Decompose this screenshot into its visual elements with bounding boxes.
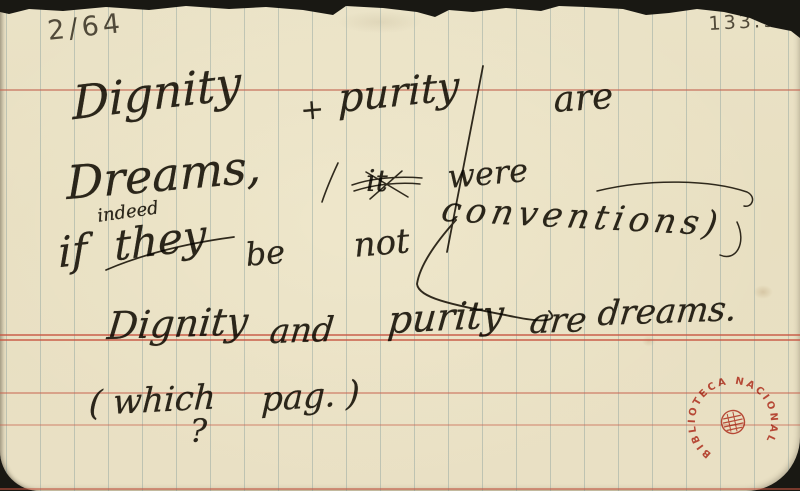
fair-copy-word: purity bbox=[386, 292, 506, 342]
stamp-emblem-hatch bbox=[727, 427, 743, 430]
fair-copy-word: are bbox=[528, 300, 589, 342]
stamp-emblem-hatch bbox=[727, 414, 731, 432]
draft-word: be bbox=[244, 233, 287, 274]
draft-word: not bbox=[352, 221, 411, 266]
stamp-emblem-hatch bbox=[723, 415, 741, 419]
library-stamp: BIBLIOTECA NACIONAL bbox=[678, 372, 788, 482]
draft-word-struck-out: it bbox=[366, 164, 388, 199]
fair-copy-word: Dignity bbox=[105, 299, 250, 348]
red-ruled-line bbox=[0, 488, 800, 490]
page-note-question-mark: ? bbox=[190, 412, 207, 450]
draft-word: are bbox=[552, 76, 615, 121]
draft-word: + bbox=[299, 92, 325, 127]
draft-word: were bbox=[446, 151, 530, 196]
stamp-emblem-hatch bbox=[724, 423, 744, 427]
fair-copy-word: dreams. bbox=[596, 289, 739, 334]
page-note-right: pag. ) bbox=[261, 373, 361, 420]
fair-copy-word: and bbox=[268, 310, 336, 352]
stamp-emblem-hatch bbox=[723, 419, 743, 423]
